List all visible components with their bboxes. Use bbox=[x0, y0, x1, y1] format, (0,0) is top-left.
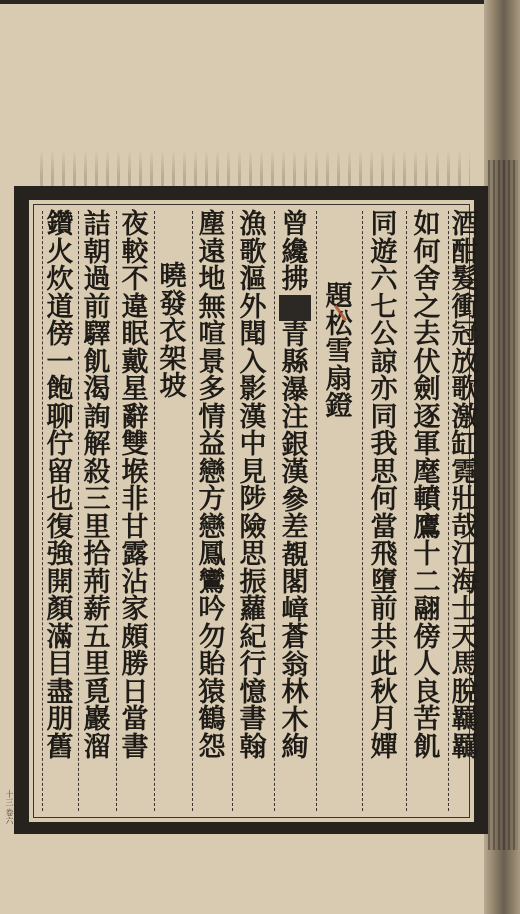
character: 書 bbox=[119, 734, 151, 762]
character: 鐙 bbox=[323, 393, 355, 421]
character: 冠 bbox=[449, 321, 481, 349]
character: 巖 bbox=[81, 706, 113, 734]
character: 翮 bbox=[411, 596, 443, 624]
character: 三 bbox=[81, 486, 113, 514]
character: 勝 bbox=[119, 651, 151, 679]
column-3: 同遊六七公諒亦同我思何當飛墮前共此秋月嬋 bbox=[362, 211, 405, 811]
character: 解 bbox=[81, 431, 113, 459]
missing-character-block bbox=[279, 295, 311, 321]
character: 嶂 bbox=[279, 597, 311, 625]
character: 朋 bbox=[44, 706, 76, 734]
printed-frame: 酒酣髮衝冠放歌激缸霓壯哉江海士天馬脫羈羈 如何舍之去伏劍逐軍麾轒鷹十二翮傍人良苦… bbox=[14, 186, 488, 834]
character: 吟 bbox=[196, 596, 228, 624]
character: 滿 bbox=[44, 624, 76, 652]
character: 飽 bbox=[44, 376, 76, 404]
character: 激 bbox=[449, 404, 481, 432]
character: 溜 bbox=[81, 734, 113, 762]
character: 羈 bbox=[449, 706, 481, 734]
character: 舊 bbox=[44, 734, 76, 762]
character: 我 bbox=[368, 431, 400, 459]
character: 詰 bbox=[81, 211, 113, 239]
character: 秋 bbox=[368, 679, 400, 707]
character: 坡 bbox=[157, 373, 189, 401]
character: 渴 bbox=[81, 376, 113, 404]
column-2: 如何舍之去伏劍逐軍麾轒鷹十二翮傍人良苦飢 bbox=[406, 211, 447, 811]
character: 參 bbox=[279, 487, 311, 515]
character: 覓 bbox=[81, 679, 113, 707]
character: 苦 bbox=[411, 706, 443, 734]
character: 星 bbox=[119, 376, 151, 404]
character: 沾 bbox=[119, 569, 151, 597]
character: 轒 bbox=[411, 486, 443, 514]
character: 險 bbox=[237, 514, 269, 542]
character: 軍 bbox=[411, 431, 443, 459]
character: 前 bbox=[81, 294, 113, 322]
character: 喧 bbox=[196, 321, 228, 349]
spine-ink-bleed bbox=[488, 160, 518, 850]
character: 翁 bbox=[279, 652, 311, 680]
character: 伏 bbox=[411, 349, 443, 377]
character: 鑽 bbox=[44, 211, 76, 239]
character: 衝 bbox=[449, 294, 481, 322]
character: 劍 bbox=[411, 376, 443, 404]
column-text: 漁歌漚外聞入影漢中見陟險思振蘿紀行憶書翰 bbox=[237, 211, 269, 761]
character: 衣 bbox=[157, 318, 189, 346]
character: 曾 bbox=[279, 211, 311, 239]
character: 當 bbox=[368, 514, 400, 542]
character: 憶 bbox=[237, 679, 269, 707]
column-9: 夜較不違眠戴星辭雙堠非甘露沾家頗勝日當書 bbox=[116, 211, 153, 811]
character: 夜 bbox=[119, 211, 151, 239]
character: 入 bbox=[237, 349, 269, 377]
character: 景 bbox=[196, 349, 228, 377]
character: 何 bbox=[411, 239, 443, 267]
character: 當 bbox=[119, 706, 151, 734]
character: 之 bbox=[411, 294, 443, 322]
column-text: 酒酣髮衝冠放歌激缸霓壯哉江海士天馬脫羈羈 bbox=[449, 211, 481, 761]
column-text: 詰朝過前驛飢渴詢解殺三里拾荊薪五里覓巖溜 bbox=[81, 211, 113, 761]
character: 六 bbox=[368, 266, 400, 294]
character: 外 bbox=[237, 294, 269, 322]
character: 戀 bbox=[196, 514, 228, 542]
character: 行 bbox=[237, 651, 269, 679]
book-spine-edge bbox=[484, 0, 520, 914]
character: 雙 bbox=[119, 431, 151, 459]
top-edge bbox=[0, 0, 520, 4]
character: 影 bbox=[237, 376, 269, 404]
character: 驛 bbox=[81, 321, 113, 349]
character: 強 bbox=[44, 541, 76, 569]
character: 架 bbox=[157, 346, 189, 374]
character: 木 bbox=[279, 707, 311, 735]
character: 開 bbox=[44, 569, 76, 597]
character: 詢 bbox=[81, 404, 113, 432]
character: 留 bbox=[44, 459, 76, 487]
character: 戴 bbox=[119, 349, 151, 377]
poem-title: 曉發衣架坡 bbox=[157, 263, 189, 401]
character: 士 bbox=[449, 596, 481, 624]
column-1: 酒酣髮衝冠放歌激缸霓壯哉江海士天馬脫羈羈 bbox=[448, 211, 481, 811]
character: 遊 bbox=[368, 239, 400, 267]
character: 縣 bbox=[279, 349, 311, 377]
character: 書 bbox=[237, 706, 269, 734]
character: 情 bbox=[196, 404, 228, 432]
character: 佇 bbox=[44, 431, 76, 459]
character: 拾 bbox=[81, 541, 113, 569]
character: 猿 bbox=[196, 679, 228, 707]
column-6: 漁歌漚外聞入影漢中見陟險思振蘿紀行憶書翰 bbox=[232, 211, 273, 811]
character: 墮 bbox=[368, 569, 400, 597]
character: 顏 bbox=[44, 596, 76, 624]
character: 雪 bbox=[323, 338, 355, 366]
character: 公 bbox=[368, 321, 400, 349]
character: 露 bbox=[119, 541, 151, 569]
character: 閣 bbox=[279, 569, 311, 597]
character: 勿 bbox=[196, 624, 228, 652]
character: 眠 bbox=[119, 321, 151, 349]
book-page: 酒酣髮衝冠放歌激缸霓壯哉江海士天馬脫羈羈 如何舍之去伏劍逐軍麾轒鷹十二翮傍人良苦… bbox=[0, 0, 520, 914]
character: 脫 bbox=[449, 679, 481, 707]
character: 注 bbox=[279, 404, 311, 432]
character: 里 bbox=[81, 651, 113, 679]
character: 塵 bbox=[196, 211, 228, 239]
character: 甘 bbox=[119, 514, 151, 542]
character: 月 bbox=[368, 706, 400, 734]
character: 思 bbox=[368, 459, 400, 487]
character: 漢 bbox=[279, 459, 311, 487]
character: 人 bbox=[411, 651, 443, 679]
character: 良 bbox=[411, 679, 443, 707]
character: 傍 bbox=[44, 321, 76, 349]
character: 飢 bbox=[411, 734, 443, 762]
column-10: 詰朝過前驛飢渴詢解殺三里拾荊薪五里覓巖溜 bbox=[78, 211, 115, 811]
character: 振 bbox=[237, 569, 269, 597]
character: 放 bbox=[449, 349, 481, 377]
character: 羈 bbox=[449, 734, 481, 762]
character: 炊 bbox=[44, 266, 76, 294]
frame-inner-rule: 酒酣髮衝冠放歌激缸霓壯哉江海士天馬脫羈羈 如何舍之去伏劍逐軍麾轒鷹十二翮傍人良苦… bbox=[33, 204, 470, 818]
character: 飛 bbox=[368, 541, 400, 569]
character: 怨 bbox=[196, 734, 228, 762]
character: 海 bbox=[449, 569, 481, 597]
column-11: 鑽火炊道傍一飽聊佇留也復強開顏滿目盡朋舊 bbox=[42, 211, 77, 811]
character: 紀 bbox=[237, 624, 269, 652]
character: 壯 bbox=[449, 486, 481, 514]
column-text: 夜較不違眠戴星辭雙堠非甘露沾家頗勝日當書 bbox=[119, 211, 151, 761]
column-7: 塵遠地無喧景多情益戀方戀鳳鸞吟勿貽猿鶴怨 bbox=[192, 211, 231, 811]
character: 漚 bbox=[237, 266, 269, 294]
character: 道 bbox=[44, 294, 76, 322]
character: 鸞 bbox=[196, 569, 228, 597]
character: 舍 bbox=[411, 266, 443, 294]
column-8-title: 曉發衣架坡 bbox=[154, 211, 191, 811]
character: 荊 bbox=[81, 569, 113, 597]
character: 發 bbox=[157, 291, 189, 319]
character: 二 bbox=[411, 569, 443, 597]
character: 薪 bbox=[81, 596, 113, 624]
character: 嬋 bbox=[368, 734, 400, 762]
character: 銀 bbox=[279, 432, 311, 460]
character: 中 bbox=[237, 431, 269, 459]
character: 麾 bbox=[411, 459, 443, 487]
character: 里 bbox=[81, 514, 113, 542]
character: 鳳 bbox=[196, 541, 228, 569]
character: 七 bbox=[368, 294, 400, 322]
character: 林 bbox=[279, 679, 311, 707]
character: 遠 bbox=[196, 239, 228, 267]
character: 何 bbox=[368, 486, 400, 514]
character: 霓 bbox=[449, 459, 481, 487]
character: 缸 bbox=[449, 431, 481, 459]
character: 瀑 bbox=[279, 377, 311, 405]
character: 歌 bbox=[237, 239, 269, 267]
character: 諒 bbox=[368, 349, 400, 377]
character: 違 bbox=[119, 294, 151, 322]
character: 聊 bbox=[44, 404, 76, 432]
margin-note: 十三 卷六 bbox=[2, 790, 14, 830]
character: 天 bbox=[449, 624, 481, 652]
character: 多 bbox=[196, 376, 228, 404]
character: 火 bbox=[44, 239, 76, 267]
character: 同 bbox=[368, 404, 400, 432]
character: 家 bbox=[119, 596, 151, 624]
character: 如 bbox=[411, 211, 443, 239]
character: 漢 bbox=[237, 404, 269, 432]
character: 歌 bbox=[449, 376, 481, 404]
character: 前 bbox=[368, 596, 400, 624]
character: 逐 bbox=[411, 404, 443, 432]
character: 復 bbox=[44, 514, 76, 542]
character: 戀 bbox=[196, 459, 228, 487]
character: 不 bbox=[119, 266, 151, 294]
character: 酒 bbox=[449, 211, 481, 239]
character: 鶴 bbox=[196, 706, 228, 734]
character: 漁 bbox=[237, 211, 269, 239]
character: 酣 bbox=[449, 239, 481, 267]
character: 陟 bbox=[237, 486, 269, 514]
character: 傍 bbox=[411, 624, 443, 652]
character: 蒼 bbox=[279, 624, 311, 652]
character: 盡 bbox=[44, 679, 76, 707]
column-5: 曾纔拂 青縣瀑注銀漢參差覩閣嶂蒼翁林木絢 bbox=[274, 211, 315, 811]
character: 方 bbox=[196, 486, 228, 514]
character: 曉 bbox=[157, 263, 189, 291]
character: 髮 bbox=[449, 266, 481, 294]
character: 題 bbox=[323, 283, 355, 311]
character: 頗 bbox=[119, 624, 151, 652]
character: 益 bbox=[196, 431, 228, 459]
character: 貽 bbox=[196, 651, 228, 679]
column-text-b: 青縣瀑注銀漢參差覩閣嶂蒼翁林木絢 bbox=[279, 322, 311, 762]
column-text: 如何舍之去伏劍逐軍麾轒鷹十二翮傍人良苦飢 bbox=[411, 211, 443, 761]
character: 非 bbox=[119, 486, 151, 514]
character: 扇 bbox=[323, 366, 355, 394]
character: 殺 bbox=[81, 459, 113, 487]
ink-smudge-top bbox=[40, 150, 470, 186]
character: 朝 bbox=[81, 239, 113, 267]
column-text: 同遊六七公諒亦同我思何當飛墮前共此秋月嬋 bbox=[368, 211, 400, 761]
character: 日 bbox=[119, 679, 151, 707]
character: 聞 bbox=[237, 321, 269, 349]
character: 一 bbox=[44, 349, 76, 377]
character: 較 bbox=[119, 239, 151, 267]
character: 翰 bbox=[237, 734, 269, 762]
character: 過 bbox=[81, 266, 113, 294]
character: 十 bbox=[411, 541, 443, 569]
character: 拂 bbox=[279, 266, 311, 294]
character: 飢 bbox=[81, 349, 113, 377]
character: 青 bbox=[279, 322, 311, 350]
character: 辭 bbox=[119, 404, 151, 432]
character: 去 bbox=[411, 321, 443, 349]
character: 堠 bbox=[119, 459, 151, 487]
poem-title: 題松雪扇鐙 bbox=[323, 283, 355, 421]
column-text: 鑽火炊道傍一飽聊佇留也復強開顏滿目盡朋舊 bbox=[44, 211, 76, 761]
character: 同 bbox=[368, 211, 400, 239]
column-text-a: 曾纔拂 bbox=[279, 211, 311, 294]
character: 此 bbox=[368, 651, 400, 679]
character: 鷹 bbox=[411, 514, 443, 542]
character: 見 bbox=[237, 459, 269, 487]
character: 共 bbox=[368, 624, 400, 652]
character: 江 bbox=[449, 541, 481, 569]
character: 纔 bbox=[279, 239, 311, 267]
character: 絢 bbox=[279, 734, 311, 762]
character: 目 bbox=[44, 651, 76, 679]
character: 地 bbox=[196, 266, 228, 294]
character: 蘿 bbox=[237, 596, 269, 624]
column-4-title: 題松雪扇鐙 bbox=[316, 211, 361, 811]
character: 哉 bbox=[449, 514, 481, 542]
character: 五 bbox=[81, 624, 113, 652]
character: 差 bbox=[279, 514, 311, 542]
character: 覩 bbox=[279, 542, 311, 570]
character: 馬 bbox=[449, 651, 481, 679]
character: 思 bbox=[237, 541, 269, 569]
column-text: 塵遠地無喧景多情益戀方戀鳳鸞吟勿貽猿鶴怨 bbox=[196, 211, 228, 761]
character: 亦 bbox=[368, 376, 400, 404]
character: 無 bbox=[196, 294, 228, 322]
character: 也 bbox=[44, 486, 76, 514]
